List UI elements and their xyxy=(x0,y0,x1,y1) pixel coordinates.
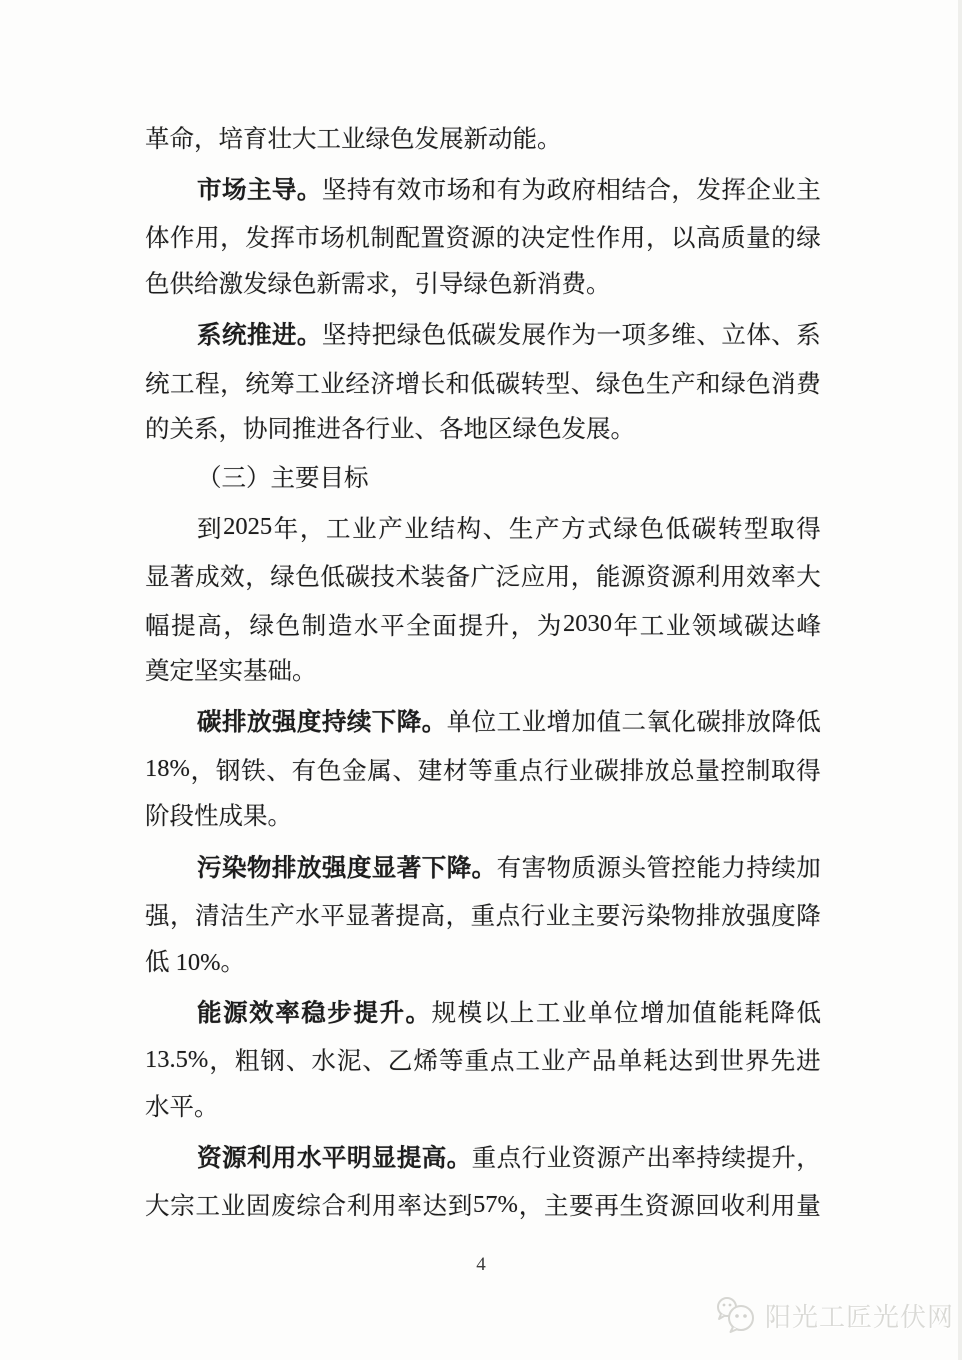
document-line: 资源利用水平明显提高。重点行业资源产出率持续提升， xyxy=(145,1132,821,1180)
document-line: 色供给激发绿色新需求，引导绿色新消费。 xyxy=(145,261,821,309)
document-line: 幅提高，绿色制造水平全面提升，为 2030 年工业领域碳达峰 xyxy=(145,600,821,648)
document-line: （三）主要目标 xyxy=(145,455,821,503)
document-line: 18%，钢铁、有色金属、建材等重点行业碳排放总量控制取得 xyxy=(145,745,821,793)
document-line: 强，清洁生产水平显著提高，重点行业主要污染物排放强度降 xyxy=(145,890,821,938)
document-line: 市场主导。坚持有效市场和有为政府相结合，发挥企业主 xyxy=(145,164,821,212)
document-line: 水平。 xyxy=(145,1084,821,1132)
document-page: 革命，培育壮大工业绿色发展新动能。市场主导。坚持有效市场和有为政府相结合，发挥企… xyxy=(0,0,962,1360)
page-edge-strip xyxy=(958,0,962,1360)
document-line: 体作用，发挥市场机制配置资源的决定性作用，以高质量的绿 xyxy=(145,213,821,261)
document-line: 阶段性成果。 xyxy=(145,793,821,841)
document-line: 革命，培育壮大工业绿色发展新动能。 xyxy=(145,116,821,164)
document-line: 碳排放强度持续下降。单位工业增加值二氧化碳排放降低 xyxy=(145,697,821,745)
document-line: 系统推进。坚持把绿色低碳发展作为一项多维、立体、系 xyxy=(145,310,821,358)
document-body: 革命，培育壮大工业绿色发展新动能。市场主导。坚持有效市场和有为政府相结合，发挥企… xyxy=(145,116,821,1229)
document-line: 统工程，统筹工业经济增长和低碳转型、绿色生产和绿色消费 xyxy=(145,358,821,406)
document-line: 能源效率稳步提升。规模以上工业单位增加值能耗降低 xyxy=(145,987,821,1035)
document-line: 13.5%，粗钢、水泥、乙烯等重点工业产品单耗达到世界先进 xyxy=(145,1035,821,1083)
wechat-logo-icon xyxy=(714,1294,758,1336)
watermark: 阳光工匠光伏网 xyxy=(714,1294,954,1336)
page-number: 4 xyxy=(0,1254,962,1276)
document-line: 污染物排放强度显著下降。有害物质源头管控能力持续加 xyxy=(145,842,821,890)
document-line: 大宗工业固废综合利用率达到 57%，主要再生资源回收利用量 xyxy=(145,1181,821,1229)
document-line: 的关系，协同推进各行业、各地区绿色发展。 xyxy=(145,406,821,454)
document-line: 低 10%。 xyxy=(145,939,821,987)
watermark-text: 阳光工匠光伏网 xyxy=(765,1297,954,1334)
document-line: 显著成效，绿色低碳技术装备广泛应用，能源资源利用效率大 xyxy=(145,552,821,600)
document-line: 奠定坚实基础。 xyxy=(145,648,821,696)
document-line: 到 2025 年，工业产业结构、生产方式绿色低碳转型取得 xyxy=(145,503,821,551)
